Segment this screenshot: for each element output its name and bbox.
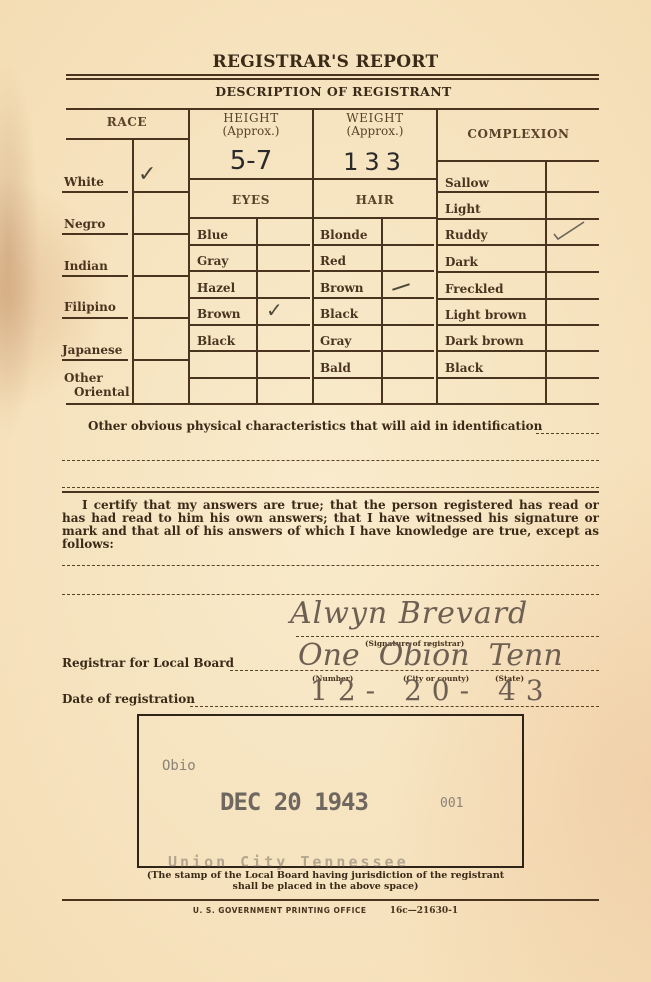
complexion-check-divider xyxy=(545,161,547,403)
table-bottom-border xyxy=(66,403,599,405)
local-board-label: Registrar for Local Board xyxy=(62,657,234,670)
date-of-registration-label: Date of registration xyxy=(62,693,195,706)
complexion-freckled-label: Freckled xyxy=(445,282,503,296)
race-check-rule xyxy=(134,317,188,319)
race-row-rule xyxy=(62,359,128,361)
eyes-row-rule xyxy=(190,244,310,246)
complexion-row-rule xyxy=(438,244,599,246)
complexion-header-rule xyxy=(436,160,599,162)
race-indian-label: Indian xyxy=(64,259,108,273)
complexion-dark-label: Dark xyxy=(445,255,478,269)
height-rule xyxy=(188,178,312,180)
exceptions-line-1[interactable] xyxy=(62,565,599,566)
complexion-light-brown-label: Light brown xyxy=(445,308,527,322)
weight-header-sub: (Approx.) xyxy=(314,125,436,138)
weight-header: WEIGHT (Approx.) xyxy=(314,112,436,138)
eyes-brown-check[interactable]: ✓ xyxy=(266,298,283,322)
eyes-gray-label: Gray xyxy=(197,254,228,268)
hair-black-label: Black xyxy=(320,307,358,321)
title-rule-bottom xyxy=(66,78,599,80)
other-characteristics-line-2[interactable] xyxy=(62,460,599,461)
hair-gray-label: Gray xyxy=(320,334,351,348)
complexion-header: COMPLEXION xyxy=(438,128,599,141)
eyes-row-rule xyxy=(190,377,310,379)
section-subtitle: DESCRIPTION OF REGISTRANT xyxy=(0,84,651,99)
table-top-border xyxy=(66,108,599,110)
eyes-row-rule xyxy=(190,297,310,299)
height-header: HEIGHT (Approx.) xyxy=(190,112,312,138)
eyes-header: EYES xyxy=(190,194,312,207)
complexion-row-rule xyxy=(438,191,599,193)
weight-value: 133 xyxy=(314,148,436,176)
stamp-caption-line-1: (The stamp of the Local Board having jur… xyxy=(0,870,651,881)
hair-header: HAIR xyxy=(314,194,436,207)
title-rule-top xyxy=(66,74,599,76)
complexion-light-label: Light xyxy=(445,202,481,216)
check-mark-icon xyxy=(552,220,586,242)
hair-row-rule xyxy=(314,270,434,272)
registrar-signature: Alwyn Brevard xyxy=(290,596,528,631)
footer: U. S. GOVERNMENT PRINTING OFFICE 16c—216… xyxy=(0,906,651,916)
race-white-check[interactable]: ✓ xyxy=(138,162,156,187)
eyes-row-rule xyxy=(190,270,310,272)
race-row-rule xyxy=(62,317,128,319)
section-divider xyxy=(62,491,599,493)
complexion-dark-brown-label: Dark brown xyxy=(445,334,524,348)
hair-row-rule xyxy=(314,324,434,326)
complexion-row-rule xyxy=(438,324,599,326)
complexion-row-rule xyxy=(438,271,599,273)
stamp-date: DEC 20 1943 xyxy=(220,788,368,816)
race-row-rule xyxy=(62,233,128,235)
hair-row-rule xyxy=(314,244,434,246)
signature-line[interactable] xyxy=(296,636,599,637)
complexion-row-rule xyxy=(438,350,599,352)
complexion-ruddy-check[interactable] xyxy=(552,220,586,242)
date-of-registration-value: 12- 20- 43 xyxy=(310,674,554,707)
eyes-hazel-label: Hazel xyxy=(197,281,235,295)
race-row-rule xyxy=(62,191,128,193)
complexion-black-label: Black xyxy=(445,361,483,375)
race-other-label: Other xyxy=(64,371,103,385)
eyes-black-label: Black xyxy=(197,334,235,348)
certification-text: I certify that my answers are true; that… xyxy=(62,499,599,551)
height-value: 5-7 xyxy=(190,146,312,176)
other-characteristics-field[interactable] xyxy=(536,433,599,434)
stamp-caption-line-2: shall be placed in the above space) xyxy=(0,881,651,892)
race-row-rule xyxy=(62,275,128,277)
hair-bald-label: Bald xyxy=(320,361,351,375)
document-title: REGISTRAR'S REPORT xyxy=(0,52,651,72)
hair-red-label: Red xyxy=(320,254,346,268)
eyes-row-rule xyxy=(190,350,310,352)
complexion-row-rule xyxy=(438,377,599,379)
hair-row-rule xyxy=(314,350,434,352)
complexion-sallow-label: Sallow xyxy=(445,176,489,190)
hair-blonde-label: Blonde xyxy=(320,228,367,242)
race-oriental-label: Oriental xyxy=(74,385,130,399)
race-header-rule xyxy=(66,138,188,140)
eyes-brown-label: Brown xyxy=(197,307,241,321)
race-japanese-label: Japanese xyxy=(62,343,122,357)
stamp-location: Union City Tennessee xyxy=(168,853,409,871)
hair-row-rule xyxy=(314,377,434,379)
footer-rule xyxy=(62,899,599,901)
footer-form-number: 16c—21630-1 xyxy=(390,906,458,916)
height-header-sub: (Approx.) xyxy=(190,125,312,138)
race-filipino-label: Filipino xyxy=(64,300,116,314)
hair-brown-mark[interactable] xyxy=(392,283,410,290)
complexion-ruddy-label: Ruddy xyxy=(445,228,487,242)
race-white-label: White xyxy=(64,175,104,189)
race-check-rule xyxy=(134,233,188,235)
weight-rule xyxy=(312,178,436,180)
race-header: RACE xyxy=(66,116,188,129)
footer-printer: U. S. GOVERNMENT PRINTING OFFICE xyxy=(193,906,367,915)
eyes-row-rule xyxy=(190,324,310,326)
other-characteristics-label: Other obvious physical characteristics t… xyxy=(88,420,542,433)
stamp-county-fragment: Obio xyxy=(162,758,196,774)
race-check-rule xyxy=(134,359,188,361)
col-divider-3 xyxy=(436,108,438,403)
race-check-rule xyxy=(134,191,188,193)
paper-stain xyxy=(0,60,40,440)
eyes-hair-header-rule xyxy=(188,217,436,219)
local-board-value: One Obion Tenn xyxy=(298,638,563,673)
exceptions-line-2[interactable] xyxy=(62,594,599,595)
eyes-blue-label: Blue xyxy=(197,228,228,242)
complexion-row-rule xyxy=(438,298,599,300)
stamp-caption: (The stamp of the Local Board having jur… xyxy=(0,870,651,892)
hair-brown-label: Brown xyxy=(320,281,364,295)
other-characteristics-line-3[interactable] xyxy=(62,487,599,488)
hair-row-rule xyxy=(314,297,434,299)
race-negro-label: Negro xyxy=(64,217,105,231)
race-check-rule xyxy=(134,275,188,277)
race-check-divider xyxy=(132,140,134,403)
stamp-code: 001 xyxy=(440,796,463,811)
